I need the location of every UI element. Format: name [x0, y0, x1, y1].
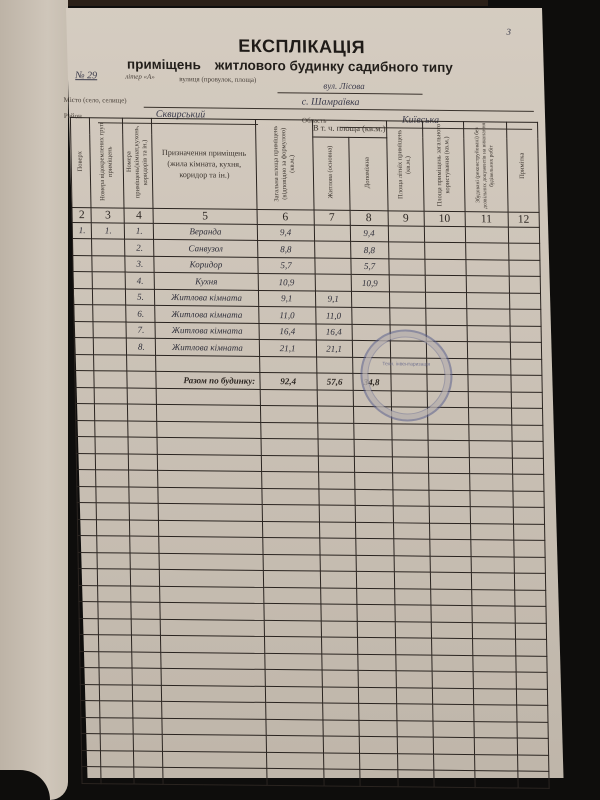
- cell-empty: [467, 342, 510, 359]
- cell-empty: [465, 226, 508, 243]
- cell-empty: [128, 437, 157, 454]
- cell-empty: [263, 587, 320, 604]
- cell-empty: [357, 654, 395, 671]
- cell-total: 9,4: [257, 224, 314, 241]
- cell-empty: [471, 573, 514, 590]
- cell-living: [315, 274, 351, 291]
- cell-empty: [101, 750, 134, 767]
- cell-empty: [469, 474, 512, 491]
- cell-empty: [513, 524, 545, 541]
- cell-empty: [468, 408, 511, 425]
- cell-empty: [163, 734, 267, 752]
- cell-group: [93, 288, 126, 305]
- cell-empty: [392, 456, 428, 473]
- cell-empty: [323, 753, 359, 770]
- cell-empty: [389, 275, 425, 292]
- cell-empty: [161, 619, 265, 637]
- cell-empty: [100, 717, 133, 734]
- cell-empty: [134, 751, 163, 768]
- cell-empty: [511, 392, 543, 409]
- cell-empty: [475, 771, 518, 788]
- cell-group: [92, 255, 125, 272]
- cell-empty: [321, 637, 357, 654]
- cell-empty: [509, 293, 541, 310]
- cell-empty: [389, 291, 425, 308]
- cell-empty: [359, 753, 397, 770]
- cell-empty: [266, 768, 323, 785]
- cell-empty: [97, 552, 130, 569]
- cell-empty: [396, 704, 432, 721]
- cell-empty: [514, 557, 546, 574]
- cell-empty: [356, 588, 394, 605]
- cell-empty: [470, 523, 513, 540]
- cell-living: [314, 258, 350, 275]
- cell-empty: [517, 755, 549, 772]
- cell-floor: [74, 338, 94, 355]
- cell-total: 21,1: [259, 339, 316, 356]
- cell-empty: [471, 540, 514, 557]
- cell-empty: [427, 424, 468, 441]
- cell-empty: [428, 440, 469, 457]
- cell-empty: [431, 605, 472, 622]
- header-purpose: Призначення приміщень (жила кімната, кух…: [152, 118, 257, 209]
- cell-empty: [474, 738, 517, 755]
- cell-empty: [465, 243, 508, 260]
- cell-empty: [434, 770, 475, 787]
- cell-empty: [79, 585, 99, 602]
- cell-purpose: Житлова кімната: [155, 322, 259, 340]
- cell-empty: [473, 688, 516, 705]
- cell-empty: [78, 535, 98, 552]
- cell-empty: [516, 656, 548, 673]
- cell-empty: [509, 260, 541, 277]
- cell-total: 9,1: [258, 290, 315, 307]
- cell-empty: [321, 654, 357, 671]
- cell-empty: [513, 491, 545, 508]
- cell-empty: [393, 522, 429, 539]
- cell-empty: [474, 754, 517, 771]
- cell-empty: [516, 672, 548, 689]
- cell-empty: [467, 325, 510, 342]
- cell-empty: [161, 652, 265, 670]
- cell-empty: [129, 454, 158, 471]
- cell-empty: [516, 689, 548, 706]
- cell-empty: [156, 388, 260, 406]
- cell-empty: [470, 490, 513, 507]
- cell-empty: [433, 754, 474, 771]
- cell-empty: [134, 767, 163, 784]
- cell-empty: [317, 423, 353, 440]
- cell-empty: [317, 406, 353, 423]
- cell-empty: [472, 639, 515, 656]
- cell-empty: [80, 651, 100, 668]
- cell-empty: [76, 453, 96, 470]
- cell-empty: [472, 606, 515, 623]
- cell-room: 7.: [126, 322, 155, 339]
- cell-empty: [261, 455, 318, 472]
- cell-empty: [473, 705, 516, 722]
- cell-room: 6.: [126, 305, 155, 322]
- cell-empty: [159, 503, 263, 521]
- cell-empty: [469, 457, 512, 474]
- cell-empty: [389, 308, 425, 325]
- cell-auxiliary: 10,9: [351, 274, 389, 291]
- column-number: 4: [124, 208, 153, 223]
- column-number: 3: [91, 207, 124, 222]
- cell-empty: [79, 618, 99, 635]
- cell-empty: [75, 371, 95, 388]
- cell-empty: [318, 439, 354, 456]
- cell-empty: [264, 636, 321, 653]
- cell-living: 21,1: [316, 340, 352, 357]
- cell-empty: [397, 753, 433, 770]
- cell-empty: [472, 622, 515, 639]
- cell-empty: [156, 355, 260, 373]
- column-number: 12: [508, 212, 540, 227]
- cell-auxiliary: 8,8: [350, 241, 388, 258]
- cell-empty: [466, 276, 509, 293]
- background-strip: [68, 0, 488, 6]
- cell-empty: [392, 440, 428, 457]
- cell-empty: [160, 569, 264, 587]
- cell-empty: [396, 720, 432, 737]
- cell-empty: [468, 375, 511, 392]
- header-unpermitted: Збудовані (реконструйовані) без дозвільн…: [463, 122, 508, 212]
- cell-empty: [510, 326, 542, 343]
- cell-empty: [97, 503, 130, 520]
- cell-empty: [322, 670, 358, 687]
- cell-total: 11,0: [258, 306, 315, 323]
- cell-empty: [466, 259, 509, 276]
- cell-empty: [131, 586, 160, 603]
- cell-empty: [261, 471, 318, 488]
- cell-empty: [263, 570, 320, 587]
- cell-empty: [157, 421, 261, 439]
- cell-empty: [100, 701, 133, 718]
- cell-empty: [163, 751, 267, 769]
- cell-empty: [428, 457, 469, 474]
- cell-empty: [81, 733, 101, 750]
- cell-empty: [469, 424, 512, 441]
- cell-empty: [127, 371, 156, 388]
- cell-empty: [81, 750, 101, 767]
- cell-empty: [130, 503, 159, 520]
- cell-empty: [393, 506, 429, 523]
- cell-floor: [73, 288, 93, 305]
- cell-empty: [321, 621, 357, 638]
- cell-empty: [260, 422, 317, 439]
- column-number: 5: [153, 208, 257, 224]
- cell-empty: [424, 226, 465, 243]
- cell-empty: [432, 704, 473, 721]
- cell-living: [314, 225, 350, 242]
- cell-empty: [98, 569, 131, 586]
- cell-empty: [162, 718, 266, 736]
- cell-empty: [94, 371, 127, 388]
- cell-purpose: Житлова кімната: [155, 289, 259, 307]
- cell-empty: [132, 619, 161, 636]
- cell-room: 5.: [126, 289, 155, 306]
- cell-empty: [132, 635, 161, 652]
- cell-empty: [160, 586, 264, 604]
- cell-empty: [471, 589, 514, 606]
- cell-empty: [509, 276, 541, 293]
- cell-empty: [430, 589, 471, 606]
- cell-empty: [77, 470, 97, 487]
- cell-empty: [357, 637, 395, 654]
- cell-empty: [97, 519, 130, 536]
- cell-empty: [357, 604, 395, 621]
- cell-empty: [470, 507, 513, 524]
- cell-empty: [132, 668, 161, 685]
- cell-empty: [262, 537, 319, 554]
- cell-empty: [512, 458, 544, 475]
- header-incl-area: В т. ч. площа (кв.м.): [312, 120, 386, 137]
- cell-empty: [508, 227, 540, 244]
- cell-group: [92, 272, 125, 289]
- cell-empty: [75, 404, 95, 421]
- cell-empty: [81, 717, 101, 734]
- cell-empty: [133, 701, 162, 718]
- cell-empty: [160, 602, 264, 620]
- column-number: 8: [350, 210, 388, 225]
- cell-empty: [355, 522, 393, 539]
- cell-empty: [323, 720, 359, 737]
- cell-group: [94, 338, 127, 355]
- cell-floor: [74, 305, 94, 322]
- street-label: вулиця (провулок, площа): [179, 75, 256, 84]
- cell-purpose: Санвузол: [154, 239, 258, 257]
- cell-empty: [354, 472, 392, 489]
- cell-auxiliary: 5,7: [350, 258, 388, 275]
- table-row-empty: [82, 766, 549, 787]
- cell-empty: [356, 571, 394, 588]
- cell-empty: [359, 720, 397, 737]
- cell-empty: [514, 540, 546, 557]
- cell-empty: [320, 555, 356, 572]
- cell-empty: [393, 539, 429, 556]
- cell-empty: [388, 242, 424, 259]
- cell-empty: [466, 292, 509, 309]
- cell-empty: [159, 520, 263, 538]
- cell-empty: [392, 489, 428, 506]
- cell-total: 8,8: [257, 240, 314, 257]
- cell-empty: [392, 473, 428, 490]
- cell-room: 2.: [125, 239, 154, 256]
- cell-empty: [468, 391, 511, 408]
- cell-living: 9,1: [315, 291, 351, 308]
- cell-empty: [260, 405, 317, 422]
- cell-empty: [425, 292, 466, 309]
- cell-empty: [432, 688, 473, 705]
- cell-empty: [469, 441, 512, 458]
- cell-auxiliary: 9,4: [350, 225, 388, 242]
- cell-empty: [99, 618, 132, 635]
- cell-empty: [96, 486, 129, 503]
- cell-empty: [391, 423, 427, 440]
- cell-empty: [319, 505, 355, 522]
- cell-empty: [265, 686, 322, 703]
- header-floor: Поверх: [70, 118, 91, 208]
- cell-living: 16,4: [316, 324, 352, 341]
- cell-empty: [161, 668, 265, 686]
- cell-empty: [100, 684, 133, 701]
- cell-empty: [430, 556, 471, 573]
- column-number: 9: [388, 210, 424, 225]
- cell-empty: [471, 556, 514, 573]
- cell-empty: [429, 506, 470, 523]
- cell-empty: [159, 536, 263, 554]
- cell-empty: [510, 359, 542, 376]
- cell-empty: [424, 242, 465, 259]
- cell-floor: [73, 255, 93, 272]
- cell-living: 11,0: [315, 307, 351, 324]
- column-number: 11: [465, 211, 508, 226]
- cell-empty: [516, 705, 548, 722]
- cell-empty: [95, 420, 128, 437]
- cell-empty: [429, 523, 470, 540]
- cell-empty: [354, 439, 392, 456]
- cell-empty: [101, 734, 134, 751]
- cell-empty: [162, 685, 266, 703]
- cell-empty: [158, 470, 262, 488]
- cell-empty: [394, 605, 430, 622]
- cell-empty: [355, 538, 393, 555]
- cell-total: 5,7: [257, 257, 314, 274]
- cell-empty: [388, 258, 424, 275]
- cell-empty: [395, 654, 431, 671]
- cell-empty: [133, 718, 162, 735]
- cell-room: 1.: [125, 223, 154, 240]
- cell-empty: [263, 554, 320, 571]
- cell-empty: [357, 621, 395, 638]
- cell-empty: [317, 390, 353, 407]
- cell-group: 1.: [92, 222, 125, 239]
- letter-label: літер «А»: [125, 73, 155, 81]
- document-subtitle: приміщеньжитлового будинку садибного тип…: [127, 57, 467, 76]
- cell-empty: [131, 569, 160, 586]
- header-common-area: Площа приміщень загального користування …: [422, 121, 465, 211]
- cell-empty: [76, 420, 96, 437]
- cell-empty: [473, 672, 516, 689]
- cell-total: 16,4: [259, 323, 316, 340]
- cell-empty: [316, 357, 352, 374]
- cell-empty: [81, 700, 101, 717]
- cell-floor: 1.: [72, 222, 92, 239]
- column-number: 10: [424, 211, 465, 226]
- cell-empty: [79, 601, 99, 618]
- cell-room: 4.: [125, 272, 154, 289]
- cell-empty: [261, 438, 318, 455]
- cell-total: 10,9: [258, 273, 315, 290]
- cell-empty: [397, 737, 433, 754]
- cell-empty: [101, 767, 134, 784]
- cell-empty: [322, 687, 358, 704]
- cell-empty: [323, 769, 359, 786]
- cell-empty: [163, 767, 267, 785]
- cell-empty: [76, 437, 96, 454]
- header-living-area: Житлова (основна): [312, 137, 349, 210]
- cell-floor: [74, 321, 94, 338]
- cell-empty: [395, 638, 431, 655]
- cell-auxiliary: [351, 291, 389, 308]
- cell-empty: [358, 687, 396, 704]
- cell-empty: [158, 487, 262, 505]
- cell-empty: [78, 552, 98, 569]
- cell-empty: [161, 635, 265, 653]
- cell-empty: [99, 668, 132, 685]
- cell-empty: [266, 735, 323, 752]
- cell-empty: [77, 519, 97, 536]
- cell-empty: [512, 441, 544, 458]
- totals-living-area: 57,6: [317, 373, 353, 390]
- cell-empty: [132, 652, 161, 669]
- cell-empty: [431, 638, 472, 655]
- street-value: вул. Лісова: [323, 81, 364, 91]
- cell-empty: [79, 634, 99, 651]
- cell-empty: [262, 504, 319, 521]
- cell-empty: [514, 573, 546, 590]
- cell-purpose: Кухня: [154, 272, 258, 290]
- cell-empty: [265, 669, 322, 686]
- settlement-value: с. Шамраївка: [302, 96, 360, 108]
- cell-empty: [514, 590, 546, 607]
- cell-empty: [159, 553, 263, 571]
- cell-group: [93, 305, 126, 322]
- house-number: № 29: [75, 70, 97, 81]
- cell-empty: [425, 259, 466, 276]
- cell-empty: [510, 342, 542, 359]
- cell-empty: [397, 770, 433, 787]
- cell-empty: [432, 655, 473, 672]
- header-room-groups: Номера відокремлених груп приміщень: [90, 118, 125, 208]
- cell-empty: [509, 309, 541, 326]
- cell-group: [93, 321, 126, 338]
- cell-empty: [265, 702, 322, 719]
- cell-purpose: Житлова кімната: [155, 305, 259, 323]
- cell-empty: [98, 585, 131, 602]
- cell-empty: [358, 703, 396, 720]
- cell-empty: [517, 722, 549, 739]
- cell-empty: [94, 354, 127, 371]
- cell-empty: [358, 670, 396, 687]
- cell-room: 8.: [127, 338, 156, 355]
- cell-empty: [518, 771, 550, 788]
- cell-purpose: Коридор: [154, 256, 258, 274]
- cell-empty: [82, 766, 102, 783]
- previous-page-edge: [0, 0, 68, 800]
- totals-label: Разом по будинку:: [156, 371, 260, 389]
- cell-empty: [353, 423, 391, 440]
- settlement-label: Місто (село, селище): [64, 96, 127, 105]
- cell-empty: [394, 572, 430, 589]
- header-total-area: Загальна площа приміщень (відповідно за …: [255, 119, 314, 209]
- cell-empty: [466, 309, 509, 326]
- cell-empty: [77, 502, 97, 519]
- cell-empty: [133, 685, 162, 702]
- cell-empty: [388, 225, 424, 242]
- cell-empty: [512, 474, 544, 491]
- cell-empty: [264, 653, 321, 670]
- cell-empty: [359, 769, 397, 786]
- column-number: 7: [314, 210, 350, 225]
- cell-empty: [157, 437, 261, 455]
- cell-empty: [319, 489, 355, 506]
- header-summer-area: Площа літніх приміщень (кв.м.): [386, 121, 424, 211]
- cell-empty: [259, 356, 316, 373]
- cell-empty: [515, 623, 547, 640]
- page-number: 3: [506, 27, 511, 37]
